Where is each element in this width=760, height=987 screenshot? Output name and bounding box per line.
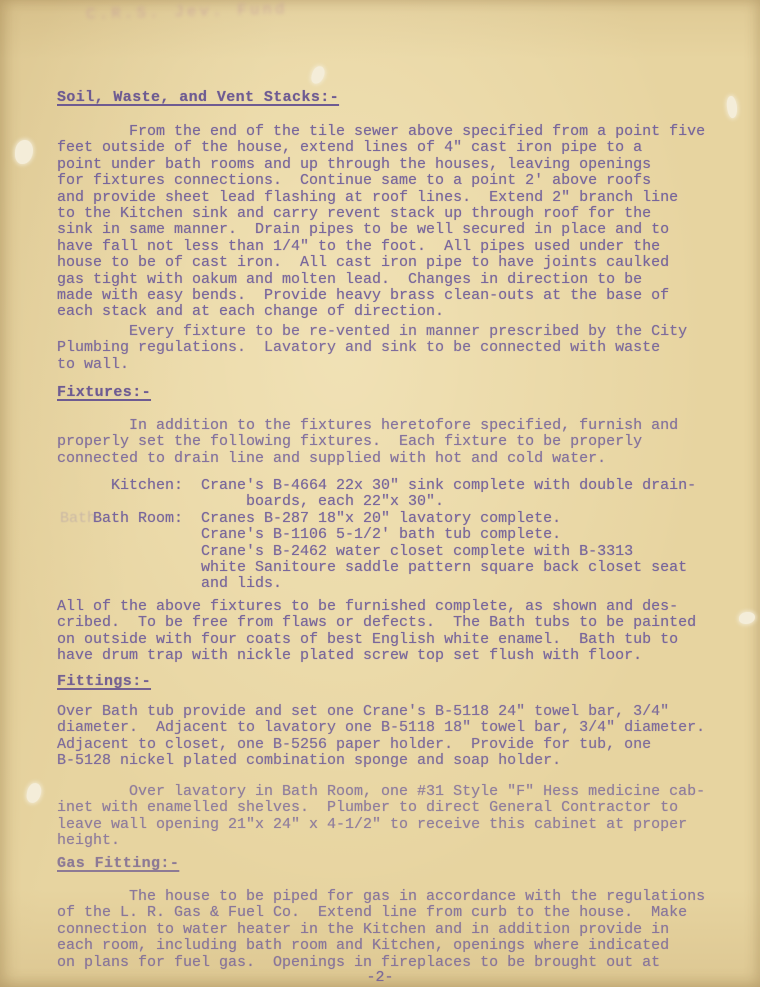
section-heading-gas-fitting: Gas Fitting:- — [57, 856, 179, 872]
paragraph-fittings-1: Over Bath tub provide and set one Crane'… — [57, 704, 705, 770]
paper-damage-spot — [739, 612, 755, 624]
section-heading-fixtures: Fixtures:- — [57, 385, 151, 401]
paragraph-soil-1: From the end of the tile sewer above spe… — [57, 124, 705, 321]
document-page: C.R.S. Jev. Fund Soil, Waste, and Vent S… — [0, 0, 760, 987]
section-heading-soil-waste-vent-stacks: Soil, Waste, and Vent Stacks:- — [57, 90, 339, 106]
faded-annotation: C.R.S. Jev. Fund — [86, 0, 288, 23]
ghost-typed-text: Bath — [60, 510, 96, 527]
paper-damage-spot — [15, 140, 33, 164]
paper-damage-spot — [310, 65, 326, 85]
paper-damage-spot — [26, 782, 43, 804]
page-number: -2- — [0, 969, 760, 986]
section-heading-fittings: Fittings:- — [57, 674, 151, 690]
paper-damage-spot — [725, 95, 739, 118]
fixture-list: Kitchen: Crane's B-4664 22x 30" sink com… — [57, 478, 696, 593]
paragraph-soil-2: Every fixture to be re-vented in manner … — [57, 324, 687, 373]
paragraph-gas-1: The house to be piped for gas in accorda… — [57, 889, 705, 971]
paragraph-fixtures-closing: All of the above fixtures to be furnishe… — [57, 599, 696, 665]
paragraph-fittings-2: Over lavatory in Bath Room, one #31 Styl… — [57, 784, 705, 850]
paragraph-fixtures-intro: In addition to the fixtures heretofore s… — [57, 418, 678, 467]
